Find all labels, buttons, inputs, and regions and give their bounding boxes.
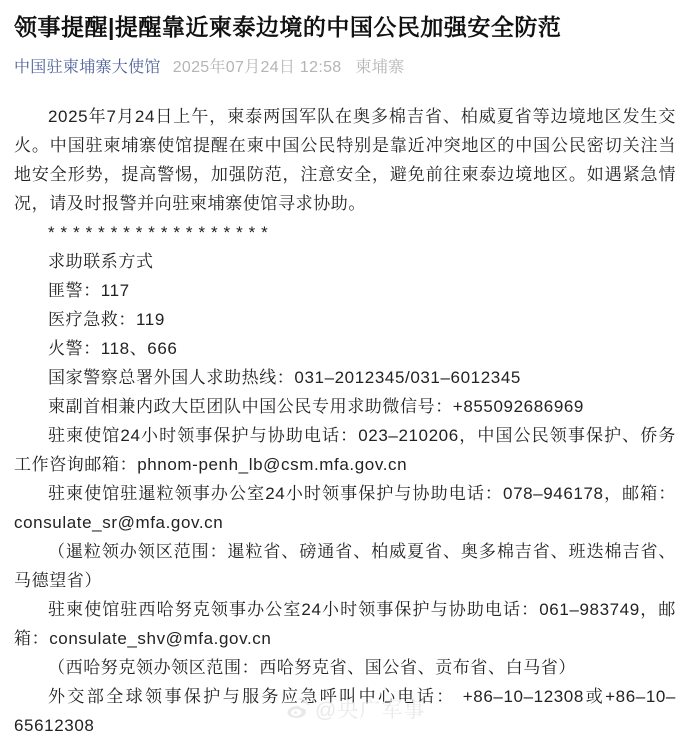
weibo-logo-icon (285, 698, 315, 720)
contact-police: 匪警：117 (14, 276, 676, 305)
siem-reap-districts: （暹粒领办领区范围：暹粒省、磅通省、柏威夏省、奥多棉吉省、班迭棉吉省、马德望省） (14, 537, 676, 595)
post-date: 2025年07月24日 12:58 (173, 58, 342, 78)
article-page: 领事提醒|提醒靠近柬泰边境的中国公民加强安全防范 中国驻柬埔寨大使馆 2025年… (0, 0, 690, 734)
divider-asterisks: * * * * * * * * * * * * * * * * * * (14, 218, 676, 247)
contact-section-header: 求助联系方式 (14, 247, 676, 276)
contact-hotline: 国家警察总署外国人求助热线：031–2012345/031–6012345 (14, 363, 676, 392)
contact-embassy: 驻柬使馆24小时领事保护与协助电话：023–210206，中国公民领事保护、侨务… (14, 421, 676, 479)
contact-wechat: 柬副首相兼内政大臣团队中国公民专用求助微信号：+855092686969 (14, 392, 676, 421)
contact-sihanoukville: 驻柬使馆驻西哈努克领事办公室24小时领事保护与协助电话：061–983749，邮… (14, 595, 676, 653)
contact-fire: 火警：118、666 (14, 334, 676, 363)
article-body: 2025年7月24日上午，柬泰两国军队在奥多棉吉省、柏威夏省等边境地区发生交火。… (14, 102, 676, 734)
sihanoukville-districts: （西哈努克领办领区范围：西哈努克省、国公省、贡布省、白马省） (14, 653, 676, 682)
author-link[interactable]: 中国驻柬埔寨大使馆 (14, 58, 161, 78)
paragraph-intro: 2025年7月24日上午，柬泰两国军队在奥多棉吉省、柏威夏省等边境地区发生交火。… (14, 102, 676, 218)
article-title: 领事提醒|提醒靠近柬泰边境的中国公民加强安全防范 (14, 12, 676, 43)
contact-medical: 医疗急救：119 (14, 305, 676, 334)
byline: 中国驻柬埔寨大使馆 2025年07月24日 12:58 柬埔寨 (14, 58, 676, 78)
watermark-text: @央广军事 (315, 694, 425, 724)
watermark: @央广军事 (285, 694, 425, 724)
contact-siem-reap: 驻柬使馆驻暹粒领事办公室24小时领事保护与协助电话：078–946178，邮箱：… (14, 479, 676, 537)
post-location: 柬埔寨 (355, 58, 404, 78)
